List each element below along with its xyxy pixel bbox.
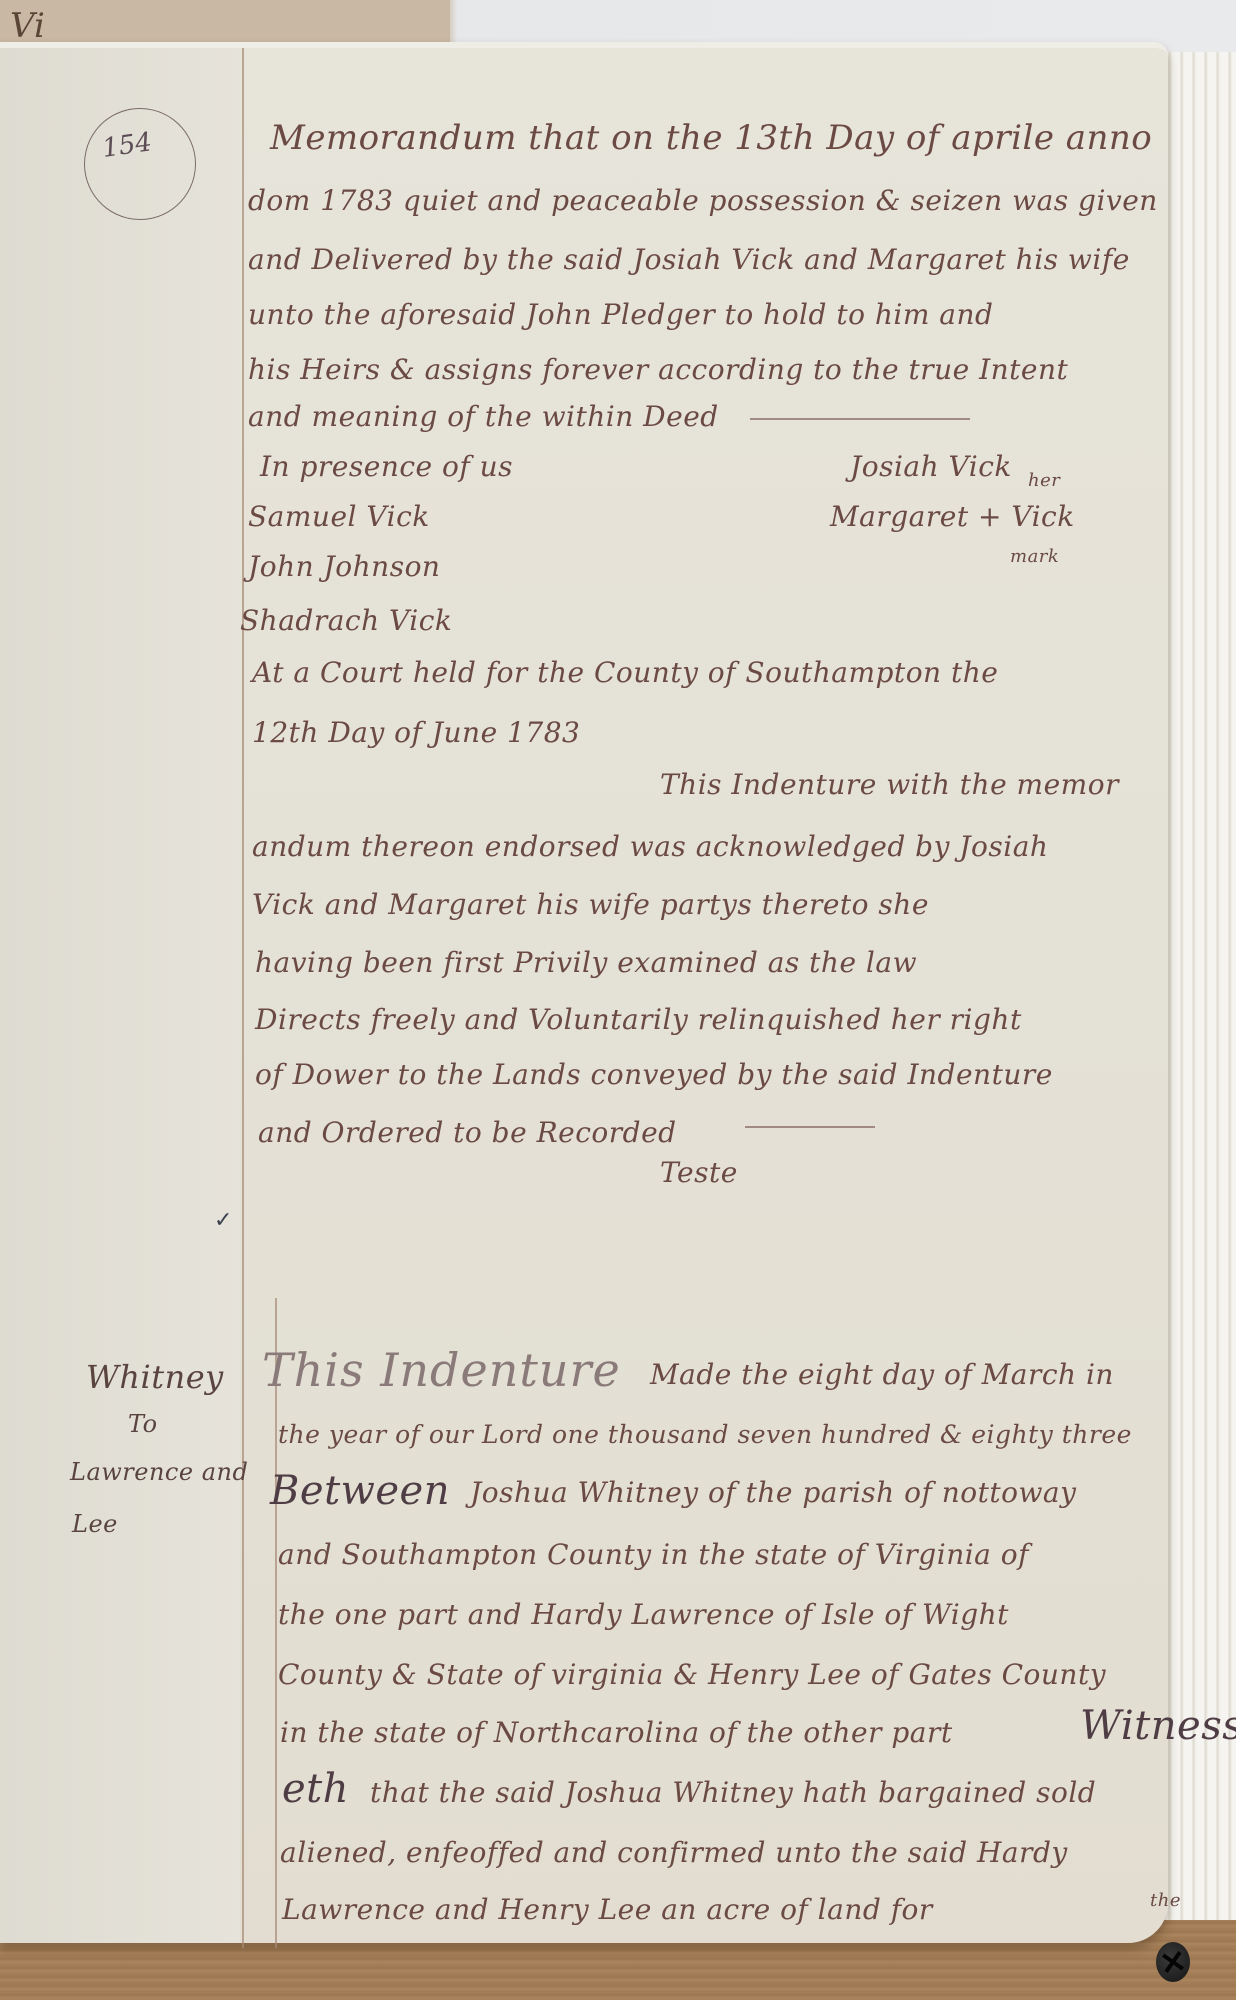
screw-icon [1156, 1942, 1190, 1982]
court-line-7: Directs freely and Voluntarily relinquis… [255, 1003, 1022, 1036]
margin-note-line-3: Lawrence and [70, 1458, 248, 1486]
page-edges [1160, 52, 1236, 1942]
ledger-page: 154 Memorandum that on the 13th Day of a… [0, 42, 1168, 1943]
check-mark-icon: ✓ [214, 1208, 232, 1233]
witnesseth-label-1: Witness [1080, 1703, 1236, 1749]
witness-name: Samuel Vick [248, 500, 430, 533]
court-line-5: Vick and Margaret his wife partys theret… [252, 888, 929, 921]
memorandum-line-3: and Delivered by the said Josiah Vick an… [248, 243, 1130, 276]
signature-her-label: her [1028, 470, 1060, 491]
witnesseth-label-2: eth [282, 1766, 349, 1812]
margin-note-line-1: Whitney [86, 1358, 224, 1396]
indenture-line-9: aliened, enfeoffed and confirmed unto th… [280, 1836, 1068, 1869]
indenture-line-1: Made the eight day of March in [650, 1358, 1114, 1391]
witness-name: Shadrach Vick [240, 604, 452, 637]
court-line-8: of Dower to the Lands conveyed by the sa… [255, 1058, 1053, 1091]
margin-rule-line [242, 48, 244, 1948]
indenture-line-3: Joshua Whitney of the parish of nottoway [470, 1476, 1076, 1509]
witnesses-heading: In presence of us [260, 450, 513, 483]
signature-margaret: Margaret + Vick [830, 500, 1075, 533]
memorandum-line-6: and meaning of the within Deed [248, 400, 719, 433]
indenture-line-10: Lawrence and Henry Lee an acre of land f… [282, 1893, 933, 1926]
court-line-4: andum thereon endorsed was acknowledged … [252, 830, 1048, 863]
signature-mark-label: mark [1010, 546, 1059, 567]
flourish-line [750, 418, 970, 420]
memorandum-line-4: unto the aforesaid John Pledger to hold … [248, 298, 993, 331]
margin-note-line-4: Lee [72, 1510, 118, 1538]
page-number: 154 [100, 127, 153, 164]
court-line-3: This Indenture with the memor [660, 768, 1119, 801]
background-document-tab: Vi [0, 0, 450, 45]
margin-note-line-2: To [128, 1410, 158, 1438]
flourish-line [745, 1126, 875, 1128]
indenture-title: This Indenture [262, 1343, 621, 1397]
indenture-line-7: in the state of Northcarolina of the oth… [280, 1716, 953, 1749]
indenture-line-11: the [1150, 1890, 1181, 1911]
between-label: Between [270, 1468, 450, 1514]
indenture-line-6: County & State of virginia & Henry Lee o… [278, 1658, 1106, 1691]
indenture-line-2: the year of our Lord one thousand seven … [278, 1420, 1132, 1449]
court-line-2: 12th Day of June 1783 [252, 716, 580, 749]
court-line-6: having been first Privily examined as th… [255, 946, 917, 979]
indenture-line-4: and Southampton County in the state of V… [278, 1538, 1029, 1571]
memorandum-line-2: dom 1783 quiet and peaceable possession … [248, 184, 1158, 217]
indenture-line-8: that the said Joshua Whitney hath bargai… [370, 1776, 1096, 1809]
teste-label: Teste [660, 1156, 738, 1189]
indenture-line-5: the one part and Hardy Lawrence of Isle … [278, 1598, 1009, 1631]
background-tab-text: Vi [10, 6, 45, 46]
margin-column [0, 48, 240, 1943]
memorandum-line-1: Memorandum that on the 13th Day of april… [270, 118, 1152, 158]
witness-name: John Johnson [248, 550, 440, 583]
court-line-1: At a Court held for the County of Southa… [252, 656, 998, 689]
court-line-9: and Ordered to be Recorded [258, 1116, 677, 1149]
memorandum-line-5: his Heirs & assigns forever according to… [248, 353, 1068, 386]
signature-josiah: Josiah Vick [850, 450, 1012, 483]
